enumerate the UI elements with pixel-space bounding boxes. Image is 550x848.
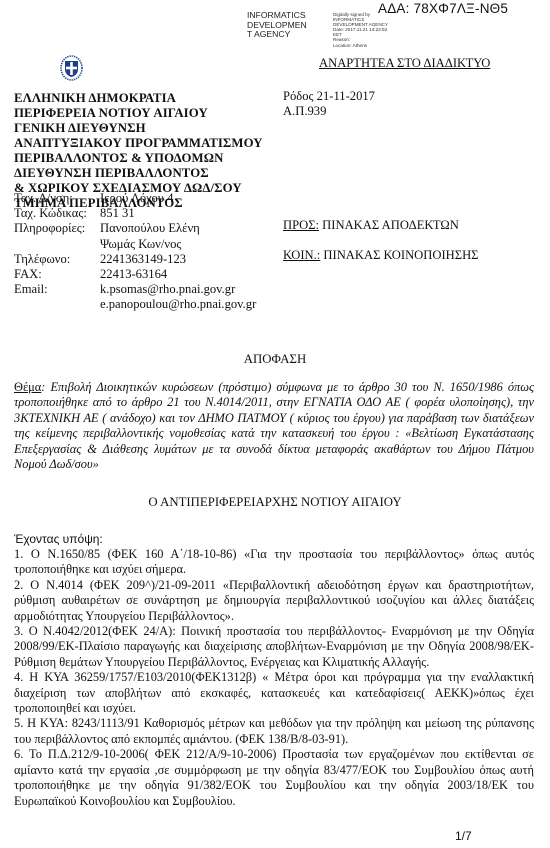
place-date: Ρόδος 21-11-2017 [283, 89, 375, 104]
list-item: 6. Το Π.Δ.212/9-10-2006( ΦΕΚ 212/Α/9-10-… [14, 747, 534, 809]
contact-email: e.panopoulou@rho.pnai.gov.gr [14, 297, 256, 312]
recipients-label: ΠΡΟΣ: [283, 218, 319, 232]
contact-label: FAX: [14, 267, 100, 282]
subject-label: Θέμα [14, 380, 41, 394]
recipients: ΠΡΟΣ: ΠΙΝΑΚΑΣ ΑΠΟΔΕΚΤΩΝ [283, 218, 459, 233]
contact-email: Email:k.psomas@rho.pnai.gov.gr [14, 282, 256, 297]
list-item: 1. Ο Ν.1650/85 (ΦΕΚ 160 Α΄/18-10-86) «Γι… [14, 547, 534, 578]
subject-text: : Επιβολή Διοικητικών κυρώσεων (πρόστιμο… [14, 380, 534, 471]
contact-label: Ταχ. Κώδικας: [14, 206, 100, 221]
signature-metadata: Digitally signed by INFORMATICS DEVELOPM… [333, 12, 403, 48]
authority-line: ΔΙΕΥΘΥΝΣΗ ΠΕΡΙΒΑΛΛΟΝΤΟΣ [14, 166, 263, 181]
contact-value: 22413-63164 [100, 267, 167, 282]
cc-value: ΠΙΝΑΚΑΣ ΚΟΙΝΟΠΟΙΗΣΗΣ [320, 248, 478, 262]
list-item: 4. Η ΚΥΑ 36259/1757/Ε103/2010(ΦΕΚ1312β) … [14, 670, 534, 716]
cc-label: ΚΟΙΝ.: [283, 248, 320, 262]
greek-coat-of-arms-icon [60, 55, 83, 81]
authority-line: ΠΕΡΙΦΕΡΕΙΑ ΝΟΤΙΟΥ ΑΙΓΑΙΟΥ [14, 106, 263, 121]
contact-email-link[interactable]: e.panopoulou@rho.pnai.gov.gr [100, 297, 256, 312]
authority-line: ΠΕΡΙΒΑΛΛΟΝΤΟΣ & ΥΠΟΔΟΜΩΝ [14, 151, 263, 166]
legal-basis-list: 1. Ο Ν.1650/85 (ΦΕΚ 160 Α΄/18-10-86) «Γι… [14, 547, 534, 809]
document-title: ΑΠΟΦΑΣΗ [0, 352, 550, 367]
list-item: 3. Ο Ν.4042/2012(ΦΕΚ 24/Α): Ποινική προσ… [14, 624, 534, 670]
list-item: 2. Ο Ν.4014 (ΦΕΚ 209^)/21-09-2011 «Περιβ… [14, 578, 534, 624]
contact-info-person: Πληροφορίες:Πανοπούλου Ελένη [14, 221, 256, 236]
contact-label: Ταχ. Δ/νση: [14, 191, 100, 206]
contact-label: Τηλέφωνο: [14, 252, 100, 267]
subject-paragraph: Θέμα: Επιβολή Διοικητικών κυρώσεων (πρόσ… [14, 380, 534, 472]
contact-postal-code: Ταχ. Κώδικας:851 31 [14, 206, 256, 221]
authority-line: ΓΕΝΙΚΗ ΔΙΕΥΘΥΝΣΗ [14, 121, 263, 136]
contact-info-person: Ψωμάς Κων/νος [14, 237, 256, 252]
list-item: 5. Η ΚΥΑ: 8243/1113/91 Καθορισμός μέτρων… [14, 716, 534, 747]
contact-value: Ιερού Λόχου 4 [100, 191, 173, 206]
considering-label: Έχοντας υπόψη: [14, 532, 103, 546]
contact-address: Ταχ. Δ/νση:Ιερού Λόχου 4 [14, 191, 256, 206]
contact-fax: FAX:22413-63164 [14, 267, 256, 282]
signature-organization: INFORMATICS DEVELOPMEN T AGENCY [247, 11, 332, 40]
protocol-number: Α.Π.939 [283, 104, 375, 119]
cc-recipients: ΚΟΙΝ.: ΠΙΝΑΚΑΣ ΚΟΙΝΟΠΟΙΗΣΗΣ [283, 248, 479, 263]
decision-authority: Ο ΑΝΤΙΠΕΡΙΦΕΡΕΙΑΡΧΗΣ ΝΟΤΙΟΥ ΑΙΓΑΙΟΥ [0, 495, 550, 510]
contact-value: Ψωμάς Κων/νος [100, 237, 181, 252]
contact-phone: Τηλέφωνο:2241363149-123 [14, 252, 256, 267]
contact-value: 851 31 [100, 206, 135, 221]
contact-info: Ταχ. Δ/νση:Ιερού Λόχου 4 Ταχ. Κώδικας:85… [14, 191, 256, 313]
contact-value: Πανοπούλου Ελένη [100, 221, 200, 236]
publish-notice: ΑΝΑΡΤΗΤΕΑ ΣΤΟ ΔΙΑΔΙΚΤΥΟ [319, 56, 490, 71]
signature-org-line: T AGENCY [247, 30, 332, 40]
contact-label: Email: [14, 282, 100, 297]
contact-label [14, 297, 100, 312]
contact-email-link[interactable]: k.psomas@rho.pnai.gov.gr [100, 282, 235, 297]
authority-line: ΕΛΛΗΝΙΚΗ ΔΗΜΟΚΡΑΤΙΑ [14, 91, 263, 106]
signature-meta-line: Location: Athens [333, 43, 403, 48]
page-number: 1/7 [455, 829, 472, 843]
contact-label [14, 237, 100, 252]
contact-value: 2241363149-123 [100, 252, 186, 267]
recipients-value: ΠΙΝΑΚΑΣ ΑΠΟΔΕΚΤΩΝ [319, 218, 459, 232]
place-date-protocol: Ρόδος 21-11-2017 Α.Π.939 [283, 89, 375, 119]
authority-line: ΑΝΑΠΤΥΞΙΑΚΟΥ ΠΡΟΓΡΑΜΜΑΤΙΣΜΟΥ [14, 136, 263, 151]
contact-label: Πληροφορίες: [14, 221, 100, 236]
